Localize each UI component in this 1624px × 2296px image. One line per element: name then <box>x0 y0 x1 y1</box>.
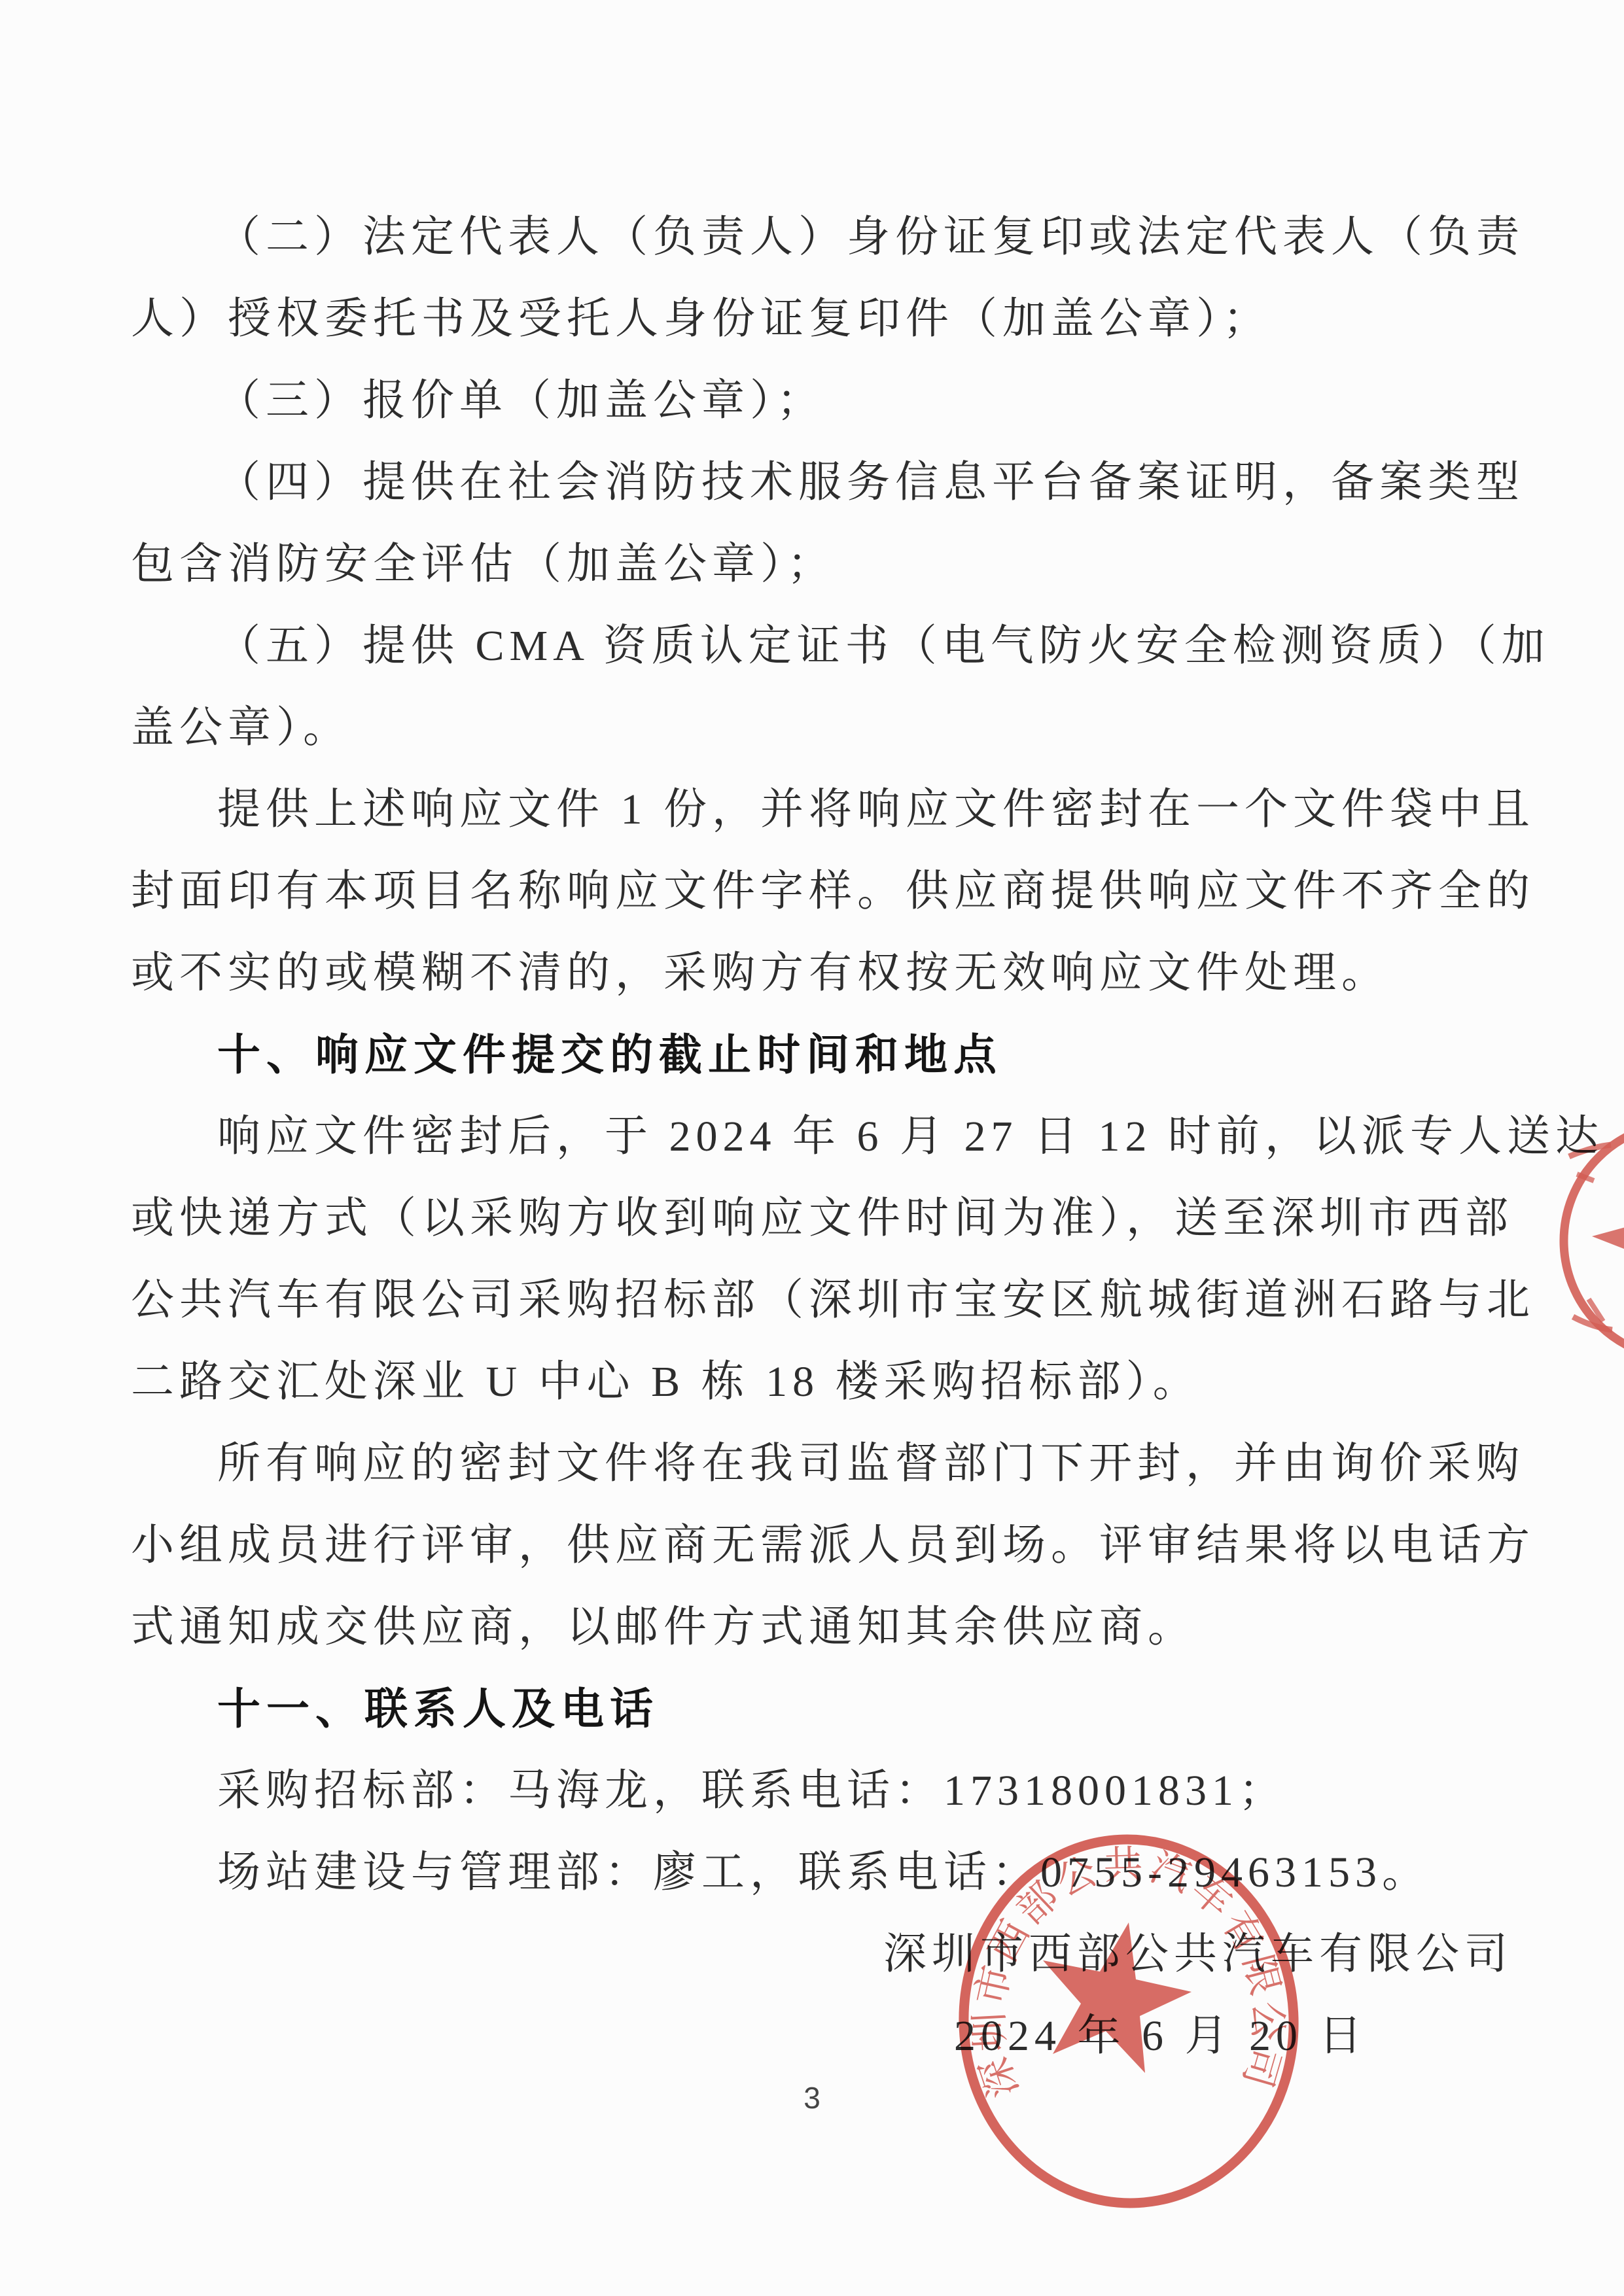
text-line: 或快递方式（以采购方收到响应文件时间为准），送至深圳市西部 <box>131 1177 1500 1259</box>
text-line: 或不实的或模糊不清的，采购方有权按无效响应文件处理。 <box>131 932 1500 1014</box>
text-line: 包含消防安全评估（加盖公章）； <box>131 523 1500 605</box>
document-body: （二）法定代表人（负责人）身份证复印或法定代表人（负责 人）授权委托书及受托人身… <box>131 196 1500 2077</box>
text-line: 二路交汇处深业 U 中心 B 栋 18 楼采购招标部）。 <box>131 1341 1500 1423</box>
text-line: 响应文件密封后，于 2024 年 6 月 27 日 12 时前，以派专人送达 <box>131 1096 1500 1177</box>
text-line: （五）提供 CMA 资质认定证书（电气防火安全检测资质）（加 <box>131 605 1500 687</box>
text-line: 人）授权委托书及受托人身份证复印件（加盖公章）； <box>131 278 1500 360</box>
text-line: （二）法定代表人（负责人）身份证复印或法定代表人（负责 <box>131 196 1500 278</box>
page-number: 3 <box>0 2080 1624 2115</box>
text-line: （四）提供在社会消防技术服务信息平台备案证明，备案类型 <box>131 442 1500 523</box>
document-page: （二）法定代表人（负责人）身份证复印或法定代表人（负责 人）授权委托书及受托人身… <box>0 0 1624 2296</box>
partial-seal-star-icon <box>1592 1179 1624 1298</box>
text-line: 公共汽车有限公司采购招标部（深圳市宝安区航城街道洲石路与北 <box>131 1259 1500 1341</box>
text-line: 提供上述响应文件 1 份，并将响应文件密封在一个文件袋中且 <box>131 769 1500 850</box>
section-heading-contacts: 十一、联系人及电话 <box>131 1668 1500 1750</box>
signature-date: 2024 年 6 月 20 日 <box>131 1995 1500 2077</box>
section-heading-deadline: 十、响应文件提交的截止时间和地点 <box>131 1014 1500 1096</box>
signature-company: 深圳市西部公共汽车有限公司 <box>131 1913 1500 1995</box>
contact-line-procurement: 采购招标部：马海龙，联系电话：17318001831； <box>131 1750 1500 1832</box>
text-line: （三）报价单（加盖公章）； <box>131 360 1500 442</box>
text-line: 所有响应的密封文件将在我司监督部门下开封，并由询价采购 <box>131 1423 1500 1505</box>
contact-line-station: 场站建设与管理部：廖工，联系电话：0755-29463153。 <box>131 1832 1500 1913</box>
text-line: 盖公章）。 <box>131 687 1500 769</box>
text-line: 封面印有本项目名称响应文件字样。供应商提供响应文件不齐全的 <box>131 850 1500 932</box>
text-line: 式通知成交供应商，以邮件方式通知其余供应商。 <box>131 1586 1500 1668</box>
text-line: 小组成员进行评审，供应商无需派人员到场。评审结果将以电话方 <box>131 1505 1500 1586</box>
